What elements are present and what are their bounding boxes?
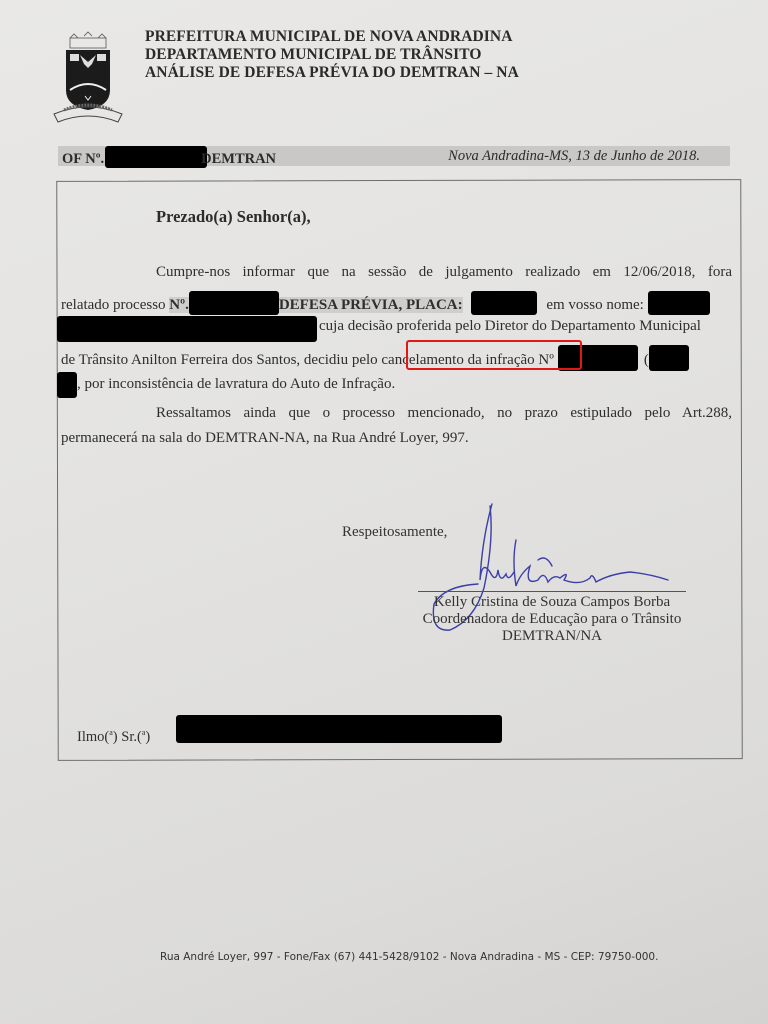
place-date: Nova Andradina-MS, 13 de Junho de 2018.: [448, 146, 700, 166]
recipient-line: Ilmo(a) Sr.(a): [77, 728, 150, 746]
defense-plate-label: DEFESA PRÉVIA, PLACA:: [279, 297, 463, 313]
office-suffix: DEMTRAN: [201, 151, 276, 167]
text: de Trânsito Anilton Ferreira dos Santos,…: [61, 352, 381, 368]
redaction: [57, 316, 317, 342]
highlight-box: [406, 340, 582, 370]
letterhead-line-2: DEPARTAMENTO MUNICIPAL DE TRÂNSITO: [145, 46, 519, 64]
text: relatado processo: [61, 297, 169, 313]
greeting: Prezado(a) Senhor(a),: [156, 207, 311, 227]
paragraph-1-line-4: de Trânsito Anilton Ferreira dos Santos,…: [61, 345, 689, 371]
recipient-title: Sr.: [118, 729, 137, 745]
superscript: a: [142, 728, 146, 737]
letterhead: PREFEITURA MUNICIPAL DE NOVA ANDRADINA D…: [145, 28, 519, 82]
redaction: [471, 291, 537, 315]
recipient-label: Ilmo: [77, 729, 104, 745]
paragraph-1-line-2: relatado processo Nº.DEFESA PRÉVIA, PLAC…: [61, 291, 710, 315]
redaction: [57, 372, 77, 398]
coat-of-arms-logo: [50, 30, 126, 126]
paragraph-1-line-3: cuja decisão proferida pelo Diretor do D…: [319, 318, 701, 335]
letterhead-line-1: PREFEITURA MUNICIPAL DE NOVA ANDRADINA: [145, 28, 519, 46]
recipient-redaction: [176, 715, 502, 743]
redaction: [189, 291, 279, 315]
paragraph-2-line-2: permanecerá na sala do DEMTRAN-NA, na Ru…: [61, 430, 469, 447]
signatory-name: Kelly Cristina de Souza Campos Borba: [412, 594, 692, 611]
text: em vosso nome:: [543, 297, 644, 313]
paragraph-2-line-1: Ressaltamos ainda que o processo mencion…: [156, 405, 732, 422]
signatory: Kelly Cristina de Souza Campos Borba Coo…: [412, 594, 692, 645]
office-number-bar: OF Nº.DEMTRAN Nova Andradina-MS, 13 de J…: [58, 146, 730, 166]
signatory-department: DEMTRAN/NA: [412, 628, 692, 645]
signature-line: [418, 591, 686, 592]
redaction: [648, 291, 710, 315]
paragraph-1-line-1: Cumpre-nos informar que na sessão de jul…: [156, 264, 732, 281]
letterhead-line-3: ANÁLISE DE DEFESA PRÉVIA DO DEMTRAN – NA: [145, 64, 519, 82]
process-number-label: Nº.: [169, 297, 189, 313]
footer-address: Rua André Loyer, 997 - Fone/Fax (67) 441…: [160, 951, 658, 963]
office-number: OF Nº.DEMTRAN: [62, 146, 276, 169]
office-prefix: OF Nº.: [62, 151, 104, 167]
signatory-role: Coordenadora de Educação para o Trânsito: [412, 611, 692, 628]
paragraph-1-line-5: , por inconsistência de lavratura do Aut…: [77, 376, 395, 393]
redaction: [105, 146, 207, 168]
superscript: a: [109, 728, 113, 737]
redaction: [649, 345, 689, 371]
